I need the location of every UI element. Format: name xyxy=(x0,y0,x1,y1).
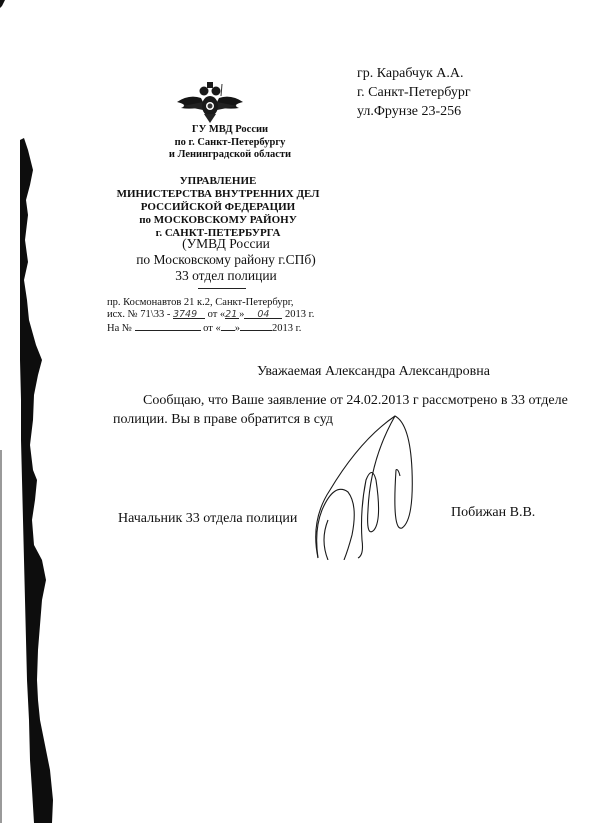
dept-sub-line: (УМВД России xyxy=(118,236,334,252)
header-divider xyxy=(198,288,246,289)
outgoing-day: 21 xyxy=(225,309,237,320)
outgoing-year: 2013 г. xyxy=(285,309,314,320)
reference-block: пр. Космонавтов 21 к.2, Санкт-Петербург,… xyxy=(107,297,314,335)
letter-page: гр. Карабчук А.А. г. Санкт-Петербург ул.… xyxy=(0,0,599,823)
incoming-prefix: На № xyxy=(107,323,132,334)
scan-edge-shadow xyxy=(0,0,60,823)
outgoing-from: от « xyxy=(208,309,226,320)
incoming-day-field xyxy=(221,321,235,331)
body-line: Сообщаю, что Ваше заявление от 24.02.201… xyxy=(113,391,568,410)
dept-line: по МОСКОВСКОМУ РАЙОНУ xyxy=(100,214,336,227)
double-headed-eagle-emblem-icon xyxy=(175,80,245,124)
department-subheader: (УМВД России по Московскому району г.СПб… xyxy=(118,236,334,284)
dept-line: УПРАВЛЕНИЕ xyxy=(100,175,336,188)
org-line: по г. Санкт-Петербургу xyxy=(140,137,320,150)
org-line: и Ленинградской области xyxy=(140,149,320,162)
recipient-street: ул.Фрунзе 23-256 xyxy=(357,102,471,121)
incoming-year: 2013 г. xyxy=(272,323,301,334)
outgoing-number: 3749 xyxy=(173,309,197,320)
org-address: пр. Космонавтов 21 к.2, Санкт-Петербург, xyxy=(107,297,314,309)
outgoing-month-field: 04 xyxy=(244,309,282,319)
recipient-name: гр. Карабчук А.А. xyxy=(357,64,471,83)
incoming-number-field xyxy=(135,321,201,331)
handwritten-signature-icon xyxy=(300,410,440,560)
incoming-from: от « xyxy=(203,323,221,334)
outgoing-number-field: 3749 xyxy=(173,309,205,319)
org-header: ГУ МВД России по г. Санкт-Петербургу и Л… xyxy=(140,124,320,162)
outgoing-day-field: 21 xyxy=(225,309,239,319)
dept-line: РОССИЙСКОЙ ФЕДЕРАЦИИ xyxy=(100,201,336,214)
dept-line: МИНИСТЕРСТВА ВНУТРЕННИХ ДЕЛ xyxy=(100,188,336,201)
signer-name: Побижан В.В. xyxy=(451,505,535,521)
incoming-month-field xyxy=(240,321,272,331)
dept-sub-line: по Московскому району г.СПб) xyxy=(118,252,334,268)
salutation: Уважаемая Александра Александровна xyxy=(257,364,490,380)
department-header: УПРАВЛЕНИЕ МИНИСТЕРСТВА ВНУТРЕННИХ ДЕЛ Р… xyxy=(100,175,336,240)
signer-title: Начальник 33 отдела полиции xyxy=(118,511,297,527)
outgoing-prefix: исх. № 71\33 - xyxy=(107,309,170,320)
recipient-address: гр. Карабчук А.А. г. Санкт-Петербург ул.… xyxy=(357,64,471,121)
outgoing-reference: исх. № 71\33 - 3749 от «21»04 2013 г. xyxy=(107,309,314,321)
recipient-city: г. Санкт-Петербург xyxy=(357,83,471,102)
org-line: ГУ МВД России xyxy=(140,124,320,137)
dept-sub-line: 33 отдел полиции xyxy=(118,268,334,284)
outgoing-month: 04 xyxy=(257,309,269,320)
incoming-reference: На № от «»2013 г. xyxy=(107,321,314,335)
